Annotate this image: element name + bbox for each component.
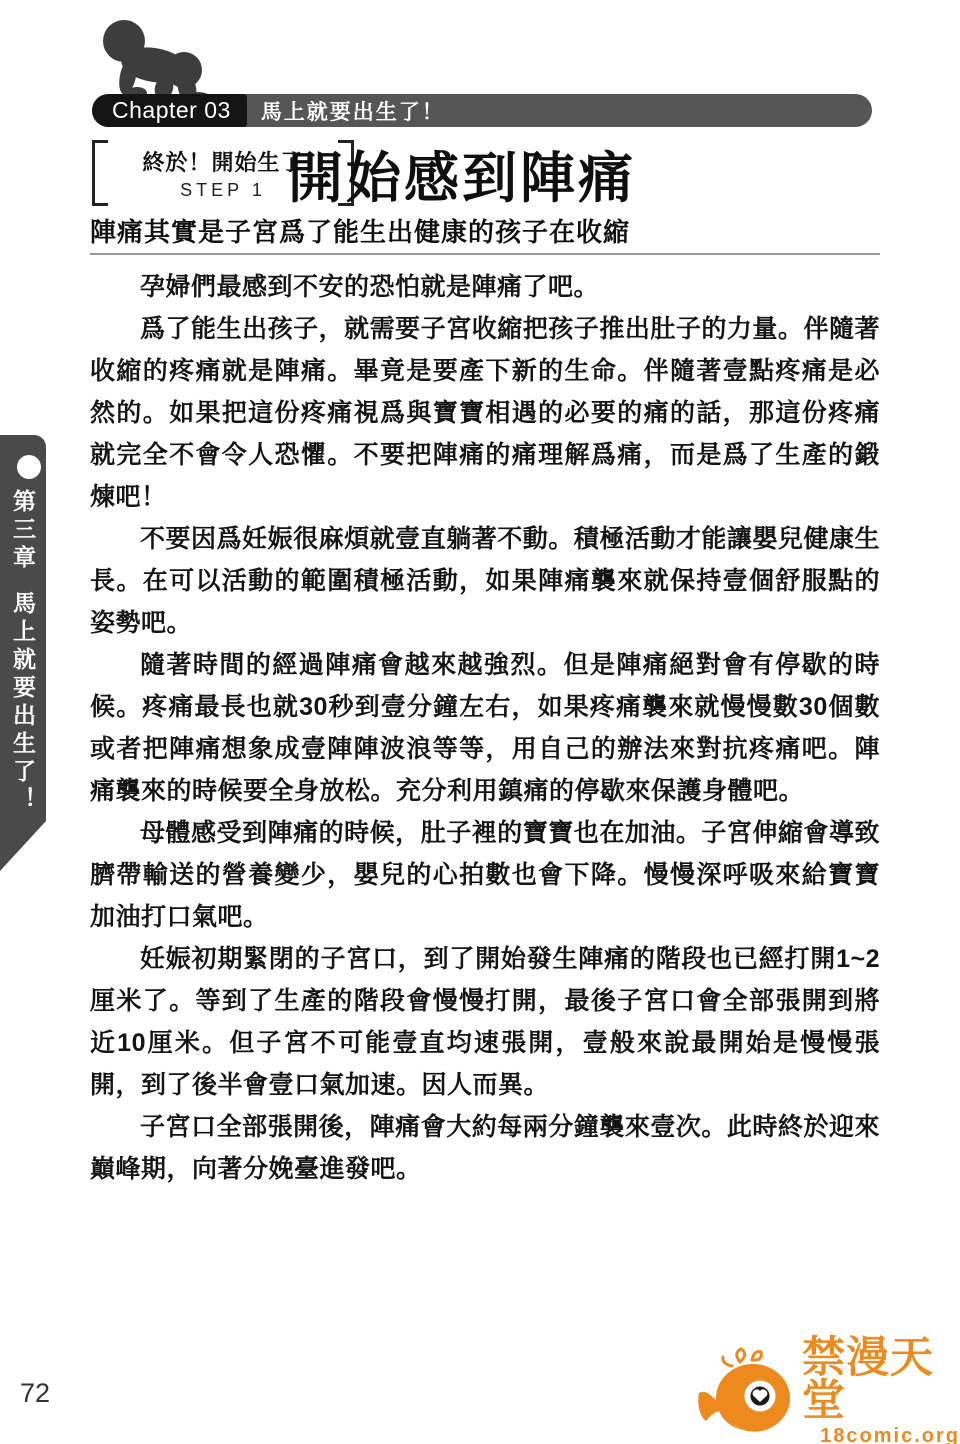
paragraph: 爲了能生出孩子，就需要子宮收縮把孩子推出肚子的力量。伴隨著收縮的疼痛就是陣痛。畢… bbox=[90, 308, 880, 518]
paragraph: 不要因爲妊娠很麻煩就壹直躺著不動。積極活動才能讓嬰兒健康生長。在可以活動的範圍積… bbox=[90, 518, 880, 644]
watermark-site-url: 18comic.org bbox=[820, 1425, 960, 1444]
paragraph: 孕婦們最感到不安的恐怕就是陣痛了吧。 bbox=[90, 266, 880, 308]
body-paragraphs: 孕婦們最感到不安的恐怕就是陣痛了吧。爲了能生出孩子，就需要子宮收縮把孩子推出肚子… bbox=[90, 266, 880, 1190]
paragraph: 子宮口全部張開後，陣痛會大約每兩分鐘襲來壹次。此時終於迎來巔峰期，向著分娩臺進發… bbox=[90, 1106, 880, 1190]
paragraph: 妊娠初期緊閉的子宮口，到了開始發生陣痛的階段也已經打開1~2厘米了。等到了生產的… bbox=[90, 938, 880, 1106]
paragraph: 隨著時間的經過陣痛會越來越強烈。但是陣痛絕對會有停歇的時候。疼痛最長也就30秒到… bbox=[90, 644, 880, 812]
watermark-text: 禁漫天堂 18comic.org bbox=[802, 1337, 960, 1444]
whale-logo-icon bbox=[696, 1346, 800, 1438]
divider-line bbox=[90, 253, 880, 255]
side-tab-text: 第三章馬上就要出生了！ bbox=[0, 453, 46, 819]
watermark-site-name: 禁漫天堂 bbox=[802, 1337, 960, 1423]
crawling-baby-icon bbox=[94, 16, 220, 106]
paragraph: 母體感受到陣痛的時候，肚子裡的寶寶也在加油。子宮伸縮會導致臍帶輸送的營養變少，嬰… bbox=[90, 812, 880, 938]
chapter-side-tab: 第三章馬上就要出生了！ bbox=[0, 435, 46, 871]
chapter-label: Chapter 03 bbox=[92, 94, 247, 127]
side-tab-chapter: 第三章 bbox=[10, 489, 36, 573]
step-box-caption: 終於！開始生了 bbox=[142, 146, 303, 177]
lead-sentence: 陣痛其實是子宮爲了能生出健康的孩子在收縮 bbox=[90, 212, 880, 249]
chapter-bar: Chapter 03 馬上就要出生了！ bbox=[92, 94, 872, 127]
page-number: 72 bbox=[20, 1378, 50, 1409]
bullet-circle-icon bbox=[17, 455, 41, 479]
chapter-bar-title: 馬上就要出生了！ bbox=[261, 96, 445, 126]
page-title: 開始感到陣痛 bbox=[288, 134, 636, 213]
side-tab-title: 馬上就要出生了！ bbox=[10, 591, 36, 815]
step-box-step-number: STEP 1 bbox=[180, 180, 266, 201]
watermark: 禁漫天堂 18comic.org bbox=[696, 1346, 960, 1438]
